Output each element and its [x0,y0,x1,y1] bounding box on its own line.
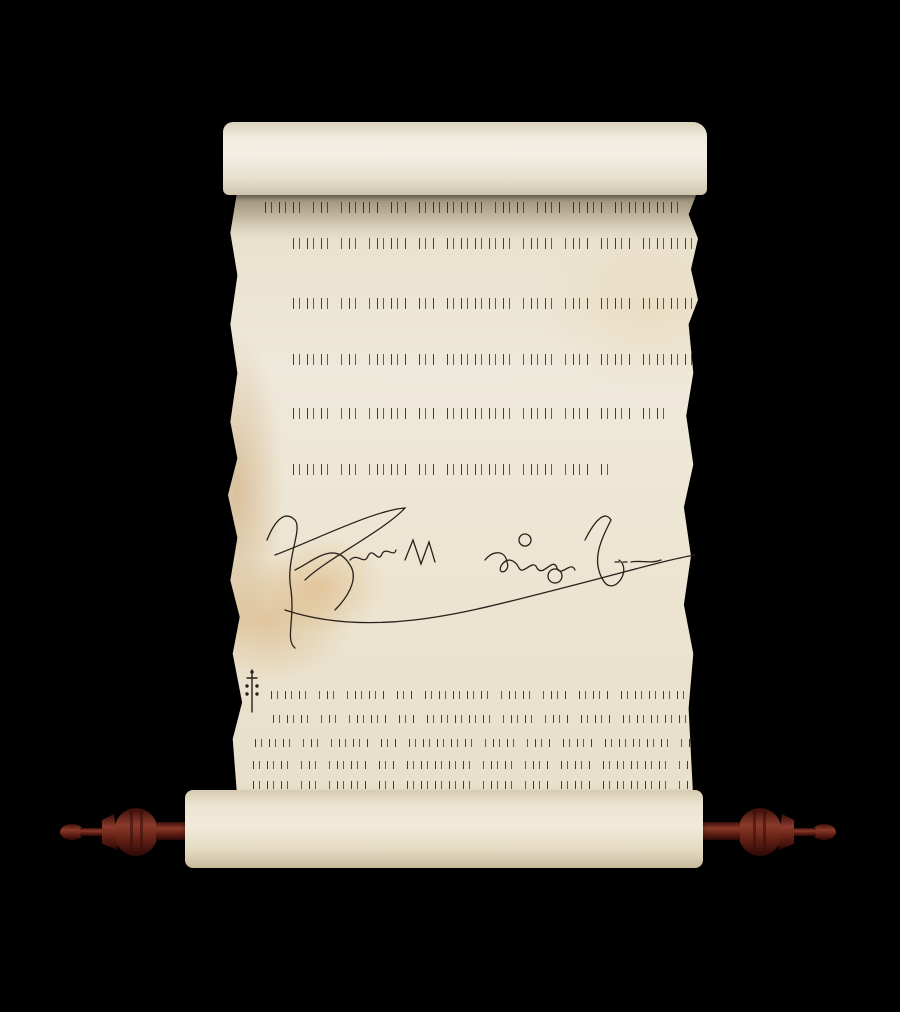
handwritten-line [290,458,610,480]
signature-flourish [255,500,695,650]
cross-ornament-icon [243,668,261,714]
top-rolled-edge [223,122,707,195]
handwritten-line [262,196,682,218]
right-finial-icon [698,800,838,868]
handwritten-line [250,758,690,772]
scroll-scene [0,0,900,1012]
handwritten-line [290,292,695,314]
handwritten-line [270,712,690,726]
handwritten-line [290,232,695,254]
handwritten-line [268,688,688,702]
parchment-sheet [228,190,698,800]
handwritten-line [290,348,695,370]
bottom-rolled-parchment [185,790,703,868]
left-finial-icon [58,800,198,868]
handwritten-line [290,402,670,424]
handwritten-line [252,736,692,750]
